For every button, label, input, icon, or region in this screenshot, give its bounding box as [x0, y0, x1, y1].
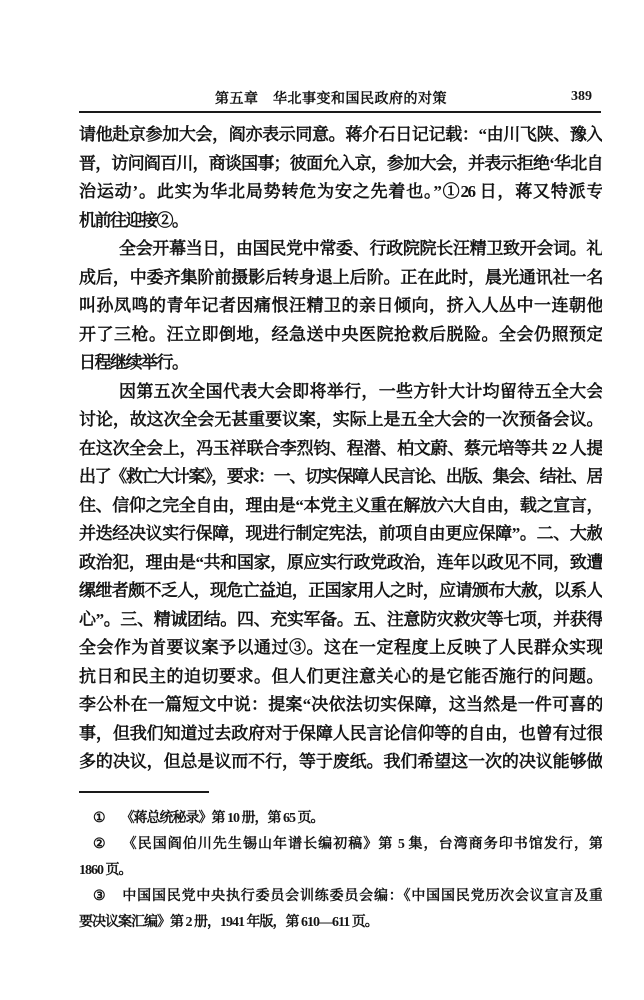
text-line: 叫孙凤鸣的青年记者因痛恨汪精卫的亲日倾向，挤入人丛中一连朝他	[79, 292, 602, 321]
text-line: 成后，中委齐集阶前摄影后转身退上后阶。正在此时，晨光通讯社一名	[79, 264, 602, 293]
text-line: 政治犯，理由是“共和国家，原应实行政党政治，连年以政见不同，致遭	[79, 549, 602, 578]
text-line: 全会作为首要议案予以通过③。这在一定程度上反映了人民群众实现	[79, 634, 602, 663]
footnote-line: 1860 页。	[79, 858, 602, 884]
running-head: 第五章 华北事变和国民政府的对策 389	[79, 88, 601, 108]
page-number: 389	[571, 89, 592, 105]
text-line: 心”。三、精诚团结。四、充实军备。五、注意防灾救灾等七项，并获得	[79, 606, 602, 635]
chapter-title: 第五章 华北事变和国民政府的对策	[79, 88, 583, 108]
body-text: 请他赴京参加大会，阎亦表示同意。蒋介石日记记载：“由川飞陕、豫入晋，访问阎百川，…	[79, 121, 602, 777]
book-page: 第五章 华北事变和国民政府的对策 389 请他赴京参加大会，阎亦表示同意。蒋介石…	[0, 0, 644, 1000]
header-rule	[79, 111, 601, 113]
text-line: 李公朴在一篇短文中说：提案“决依法切实保障，这当然是一件可喜的	[79, 691, 602, 720]
text-line: 事，但我们知道过去政府对于保障人民言论信仰等的自由，也曾有过很	[79, 720, 602, 749]
footnotes: ①《蒋总统秘录》第 10 册，第 65 页。②《民国阎伯川先生锡山年谱长编初稿》…	[79, 806, 602, 936]
text-line: 治运动’。此实为华北局势转危为安之先着也。”①26 日，蒋又特派专	[79, 178, 602, 207]
footnote-line: ②《民国阎伯川先生锡山年谱长编初稿》第 5 集，台湾商务印书馆发行，第	[79, 832, 602, 858]
text-line: 多的决议，但总是议而不行，等于废纸。我们希望这一次的决议能够做	[79, 748, 602, 777]
text-line: 晋，访问阎百川，商谈国事；彼面允入京，参加大会，并表示拒绝‘华北自	[79, 150, 602, 179]
text-line: 在这次全会上，冯玉祥联合李烈钧、程潜、柏文蔚、蔡元培等共 22 人提	[79, 435, 602, 464]
text-line: 讨论，故这次全会无甚重要议案，实际上是五全大会的一次预备会议。	[79, 406, 602, 435]
text-line: 日程继续举行。	[79, 349, 602, 378]
footnote-marker: ②	[93, 837, 107, 852]
footnote-separator-rule	[79, 791, 209, 793]
footnote-line: ③中国国民党中央执行委员会训练委员会编：《中国国民党历次会议宣言及重	[79, 884, 602, 910]
footnote-text: 《蒋总统秘录》第 10 册，第 65 页。	[121, 811, 324, 826]
text-line: 机前往迎接②。	[79, 207, 602, 236]
text-line: 并迭经决议实行保障，现进行制定宪法，前项自由更应保障”。二、大赦	[79, 520, 602, 549]
text-line: 住、信仰之完全自由，理由是“本党主义重在解放六大自由，载之宣言，	[79, 492, 602, 521]
footnote-marker: ③	[93, 889, 106, 904]
text-line: 出了《救亡大计案》，要求：一、切实保障人民言论、出版、集会、结社、居	[79, 463, 602, 492]
text-line: 抗日和民主的迫切要求。但人们更注意关心的是它能否施行的问题。	[79, 663, 602, 692]
text-line: 因第五次全国代表大会即将举行，一些方针大计均留待五全大会	[79, 378, 602, 407]
text-line: 请他赴京参加大会，阎亦表示同意。蒋介石日记记载：“由川飞陕、豫入	[79, 121, 602, 150]
footnote-line: ①《蒋总统秘录》第 10 册，第 65 页。	[79, 806, 602, 832]
footnote-marker: ①	[93, 811, 105, 826]
footnote-line: 要决议案汇编》第 2 册，1941 年版，第 610—611 页。	[79, 910, 602, 936]
text-line: 缧绁者颇不乏人，现危亡益迫，正国家用人之时，应请颁布大赦，以系人	[79, 577, 602, 606]
text-line: 全会开幕当日，由国民党中常委、行政院院长汪精卫致开会词。礼	[79, 235, 602, 264]
text-line: 开了三枪。汪立即倒地，经急送中央医院抢救后脱险。全会仍照预定	[79, 321, 602, 350]
footnote-text: 中国国民党中央执行委员会训练委员会编：《中国国民党历次会议宣言及重	[122, 889, 602, 904]
footnote-text: 《民国阎伯川先生锡山年谱长编初稿》第 5 集，台湾商务印书馆发行，第	[123, 837, 602, 852]
